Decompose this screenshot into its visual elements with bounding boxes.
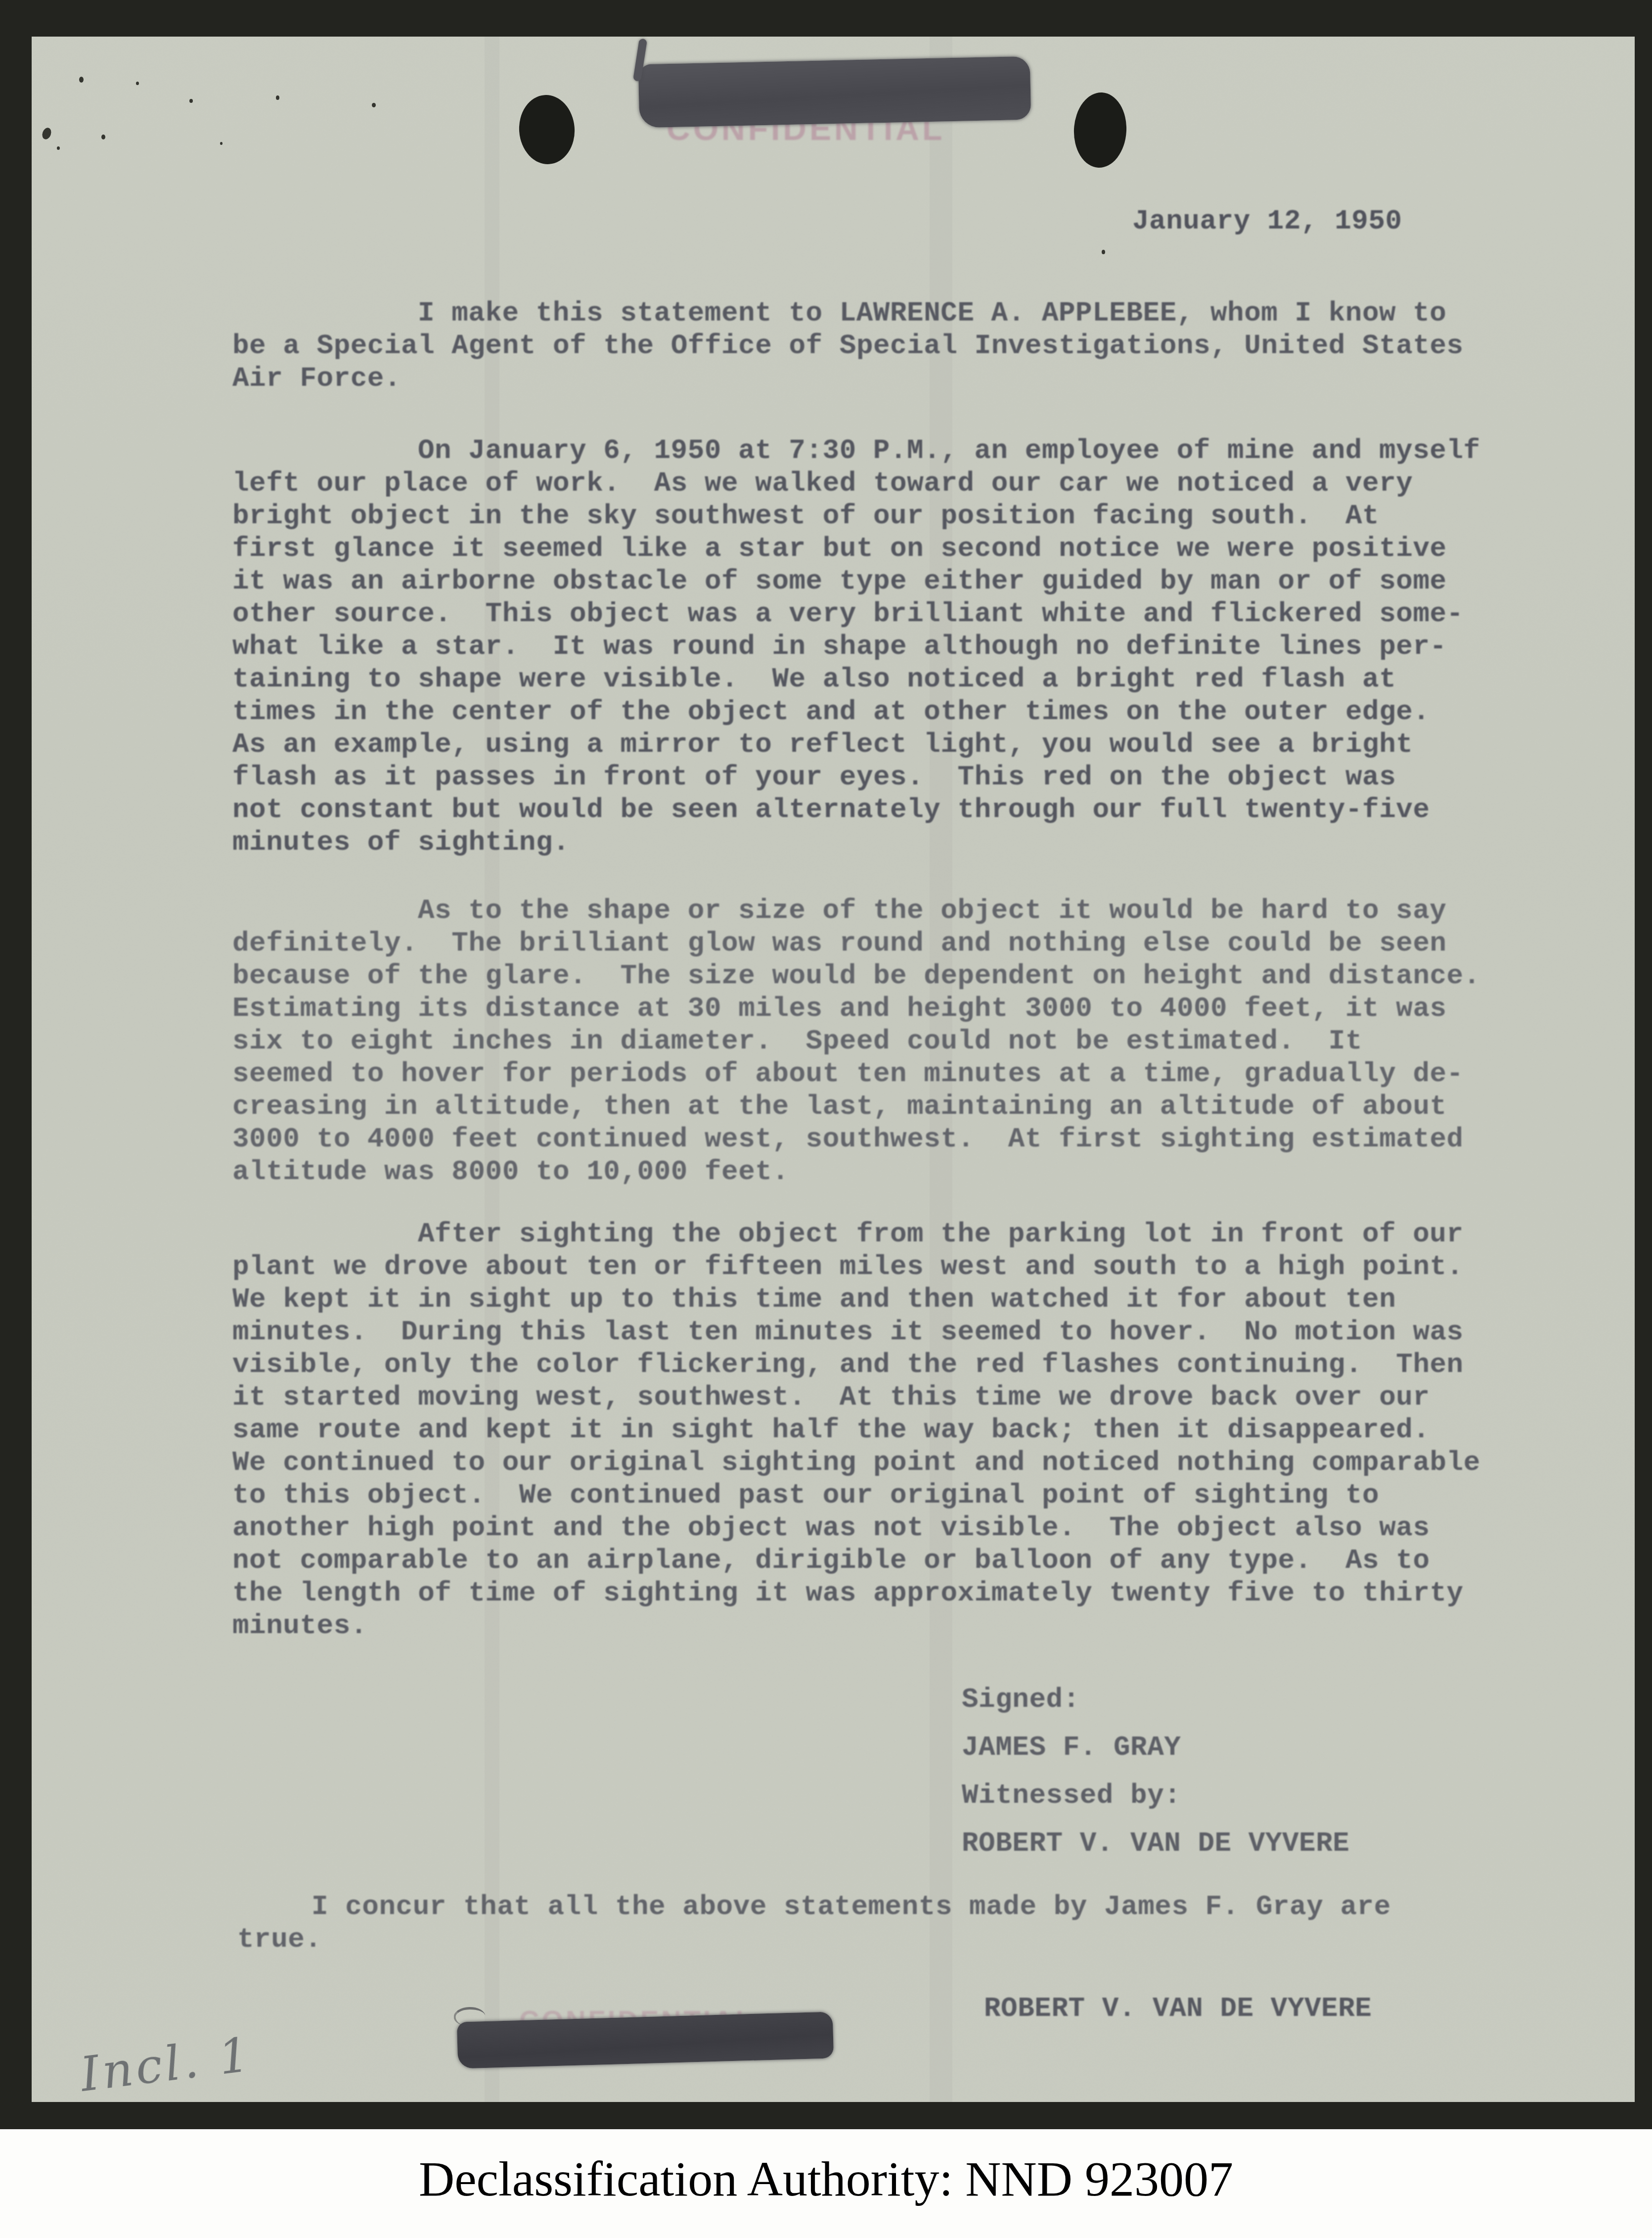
body-line: We kept it in sight up to this time and … (232, 1283, 1480, 1316)
body-line: Air Force. (232, 362, 1464, 395)
witnessed-label: Witnessed by: (962, 1772, 1349, 1820)
body-line: other source. This object was a very bri… (232, 597, 1480, 630)
body-line: plant we drove about ten or fifteen mile… (232, 1250, 1480, 1283)
body-line: because of the glare. The size would be … (232, 959, 1480, 992)
body-line: altitude was 8000 to 10,000 feet. (232, 1155, 1480, 1188)
concurrence-paragraph: I concur that all the above statements m… (237, 1890, 1391, 1956)
paragraph-3: As to the shape or size of the object it… (232, 894, 1480, 1188)
dust-speck (79, 77, 84, 83)
paragraph-4: After sighting the object from the parki… (232, 1218, 1480, 1642)
body-line: After sighting the object from the parki… (232, 1218, 1480, 1250)
body-line: 3000 to 4000 feet continued west, southw… (232, 1123, 1480, 1155)
dust-speck (220, 142, 223, 145)
declassification-caption: Declassification Authority: NND 923007 (0, 2150, 1652, 2207)
body-line: bright object in the sky southwest of ou… (232, 500, 1480, 532)
dust-speck (372, 103, 376, 107)
body-line: not comparable to an airplane, dirigible… (232, 1544, 1480, 1577)
body-line: I concur that all the above statements m… (237, 1890, 1391, 1923)
body-line: creasing in altitude, then at the last, … (232, 1090, 1480, 1123)
signed-name: JAMES F. GRAY (962, 1724, 1349, 1772)
dust-speck (189, 99, 193, 103)
body-line: another high point and the object was no… (232, 1511, 1480, 1544)
body-line: to this object. We continued past our or… (232, 1479, 1480, 1511)
body-line: it was an airborne obstacle of some type… (232, 565, 1480, 597)
body-line: true. (237, 1923, 1391, 1956)
body-line: same route and kept it in sight half the… (232, 1414, 1480, 1446)
body-line: left our place of work. As we walked tow… (232, 467, 1480, 500)
body-line: As an example, using a mirror to reflect… (232, 728, 1480, 761)
body-line: We continued to our original sighting po… (232, 1446, 1480, 1479)
dust-speck (1102, 250, 1105, 254)
body-line: be a Special Agent of the Office of Spec… (232, 329, 1464, 362)
body-line: visible, only the color flickering, and … (232, 1348, 1480, 1381)
body-line: On January 6, 1950 at 7:30 P.M., an empl… (232, 434, 1480, 467)
body-line: the length of time of sighting it was ap… (232, 1577, 1480, 1609)
body-line: definitely. The brilliant glow was round… (232, 927, 1480, 959)
body-line: not constant but would be seen alternate… (232, 793, 1480, 826)
body-line: six to eight inches in diameter. Speed c… (232, 1025, 1480, 1057)
body-line: first glance it seemed like a star but o… (232, 532, 1480, 565)
dust-speck (57, 146, 60, 150)
body-line: minutes. During this last ten minutes it… (232, 1316, 1480, 1348)
signature-block: Signed: JAMES F. GRAY Witnessed by: ROBE… (962, 1676, 1349, 1868)
dust-speck (276, 95, 279, 100)
witness-name: ROBERT V. VAN DE VYVERE (962, 1820, 1349, 1868)
body-line: seemed to hover for periods of about ten… (232, 1057, 1480, 1090)
body-line: times in the center of the object and at… (232, 695, 1480, 728)
body-line: minutes of sighting. (232, 826, 1480, 859)
body-line: minutes. (232, 1609, 1480, 1642)
body-line: I make this statement to LAWRENCE A. APP… (232, 297, 1464, 329)
redaction-marker-top (638, 56, 1031, 128)
body-line: taining to shape were visible. We also n… (232, 663, 1480, 695)
final-signature-name: ROBERT V. VAN DE VYVERE (984, 1992, 1372, 2025)
body-line: what like a star. It was round in shape … (232, 630, 1480, 663)
body-line: flash as it passes in front of your eyes… (232, 761, 1480, 793)
dust-speck (136, 82, 139, 85)
body-line: it started moving west, southwest. At th… (232, 1381, 1480, 1414)
dust-speck (101, 135, 105, 139)
paragraph-2: On January 6, 1950 at 7:30 P.M., an empl… (232, 434, 1480, 859)
signed-label: Signed: (962, 1676, 1349, 1724)
body-line: Estimating its distance at 30 miles and … (232, 992, 1480, 1025)
paragraph-1: I make this statement to LAWRENCE A. APP… (232, 297, 1464, 395)
scanned-document-page: CONFIDENTIAL CONFIDENTIAL January 12, 19… (0, 0, 1652, 2238)
date-line: January 12, 1950 (1132, 205, 1402, 237)
body-line: As to the shape or size of the object it… (232, 894, 1480, 927)
